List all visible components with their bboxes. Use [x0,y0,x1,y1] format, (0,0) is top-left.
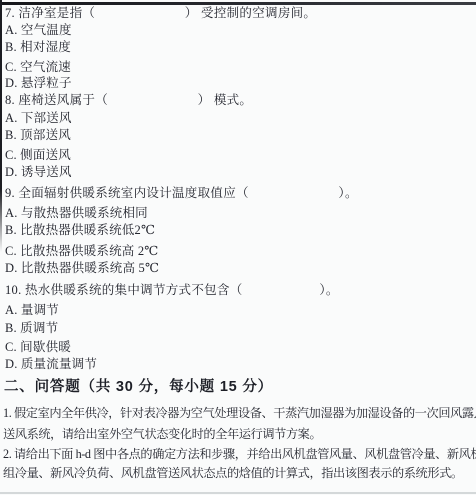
bottom-edge-line [0,492,476,494]
question-10-option-a: A. 量调节 [5,304,59,317]
essay-question-2-line-2: 组冷量、新风冷负荷、风机盘管送风状态点的焓值的计算式，指出该图表示的系统形式。 [3,467,463,480]
question-8-option-b: B. 顶部送风 [5,129,71,142]
question-10-stem: 10. 热水供暖系统的集中调节方式不包含（ ）。 [5,284,339,297]
question-8-option-d: D. 诱导送风 [5,166,72,179]
question-7-option-b: B. 相对湿度 [5,41,71,54]
left-border-line [0,0,2,252]
question-9-option-b: B. 比散热器供暖系统低2℃ [5,224,155,237]
question-8-stem: 8. 座椅送风属于（ ） 模式。 [5,94,252,107]
question-7-stem: 7. 洁净室是指（ ） 受控制的空调房间。 [5,7,316,20]
question-7-option-a: A. 空气温度 [5,24,72,37]
question-9-option-a: A. 与散热器供暖系统相同 [5,207,148,220]
question-10-option-b: B. 质调节 [5,322,58,335]
question-8-option-a: A. 下部送风 [5,112,72,125]
essay-question-1-line-2: 送风系统，请给出室外空气状态变化时的全年运行调节方案。 [3,428,321,441]
essay-question-2-line-1: 2. 请给出下面 h-d 图中各点的确定方法和步骤，并给出风机盘管风量、风机盘管… [3,448,476,461]
exam-paper-page: 7. 洁净室是指（ ） 受控制的空调房间。 A. 空气温度 B. 相对湿度 C.… [0,0,476,495]
question-9-option-d: D. 比散热器供暖系统高 5℃ [5,262,159,275]
question-9-option-c: C. 比散热器供暖系统高 2℃ [5,245,158,258]
question-7-option-d: D. 悬浮粒子 [5,77,72,90]
question-10-option-c: C. 间歇供暖 [5,341,71,354]
essay-question-1-line-1: 1. 假定室内全年供冷，针对表冷器为空气处理设备、干蒸汽加湿器为加湿设备的一次回… [3,407,476,420]
section-2-header: 二、问答题（共 30 分，每小题 15 分） [4,381,273,394]
question-8-option-c: C. 侧面送风 [5,149,71,162]
top-border-line [0,2,476,5]
question-7-option-c: C. 空气流速 [5,61,71,74]
question-10-option-d: D. 质量流量调节 [5,358,97,371]
question-9-stem: 9. 全面辐射供暖系统室内设计温度取值应（ ）。 [5,187,358,200]
